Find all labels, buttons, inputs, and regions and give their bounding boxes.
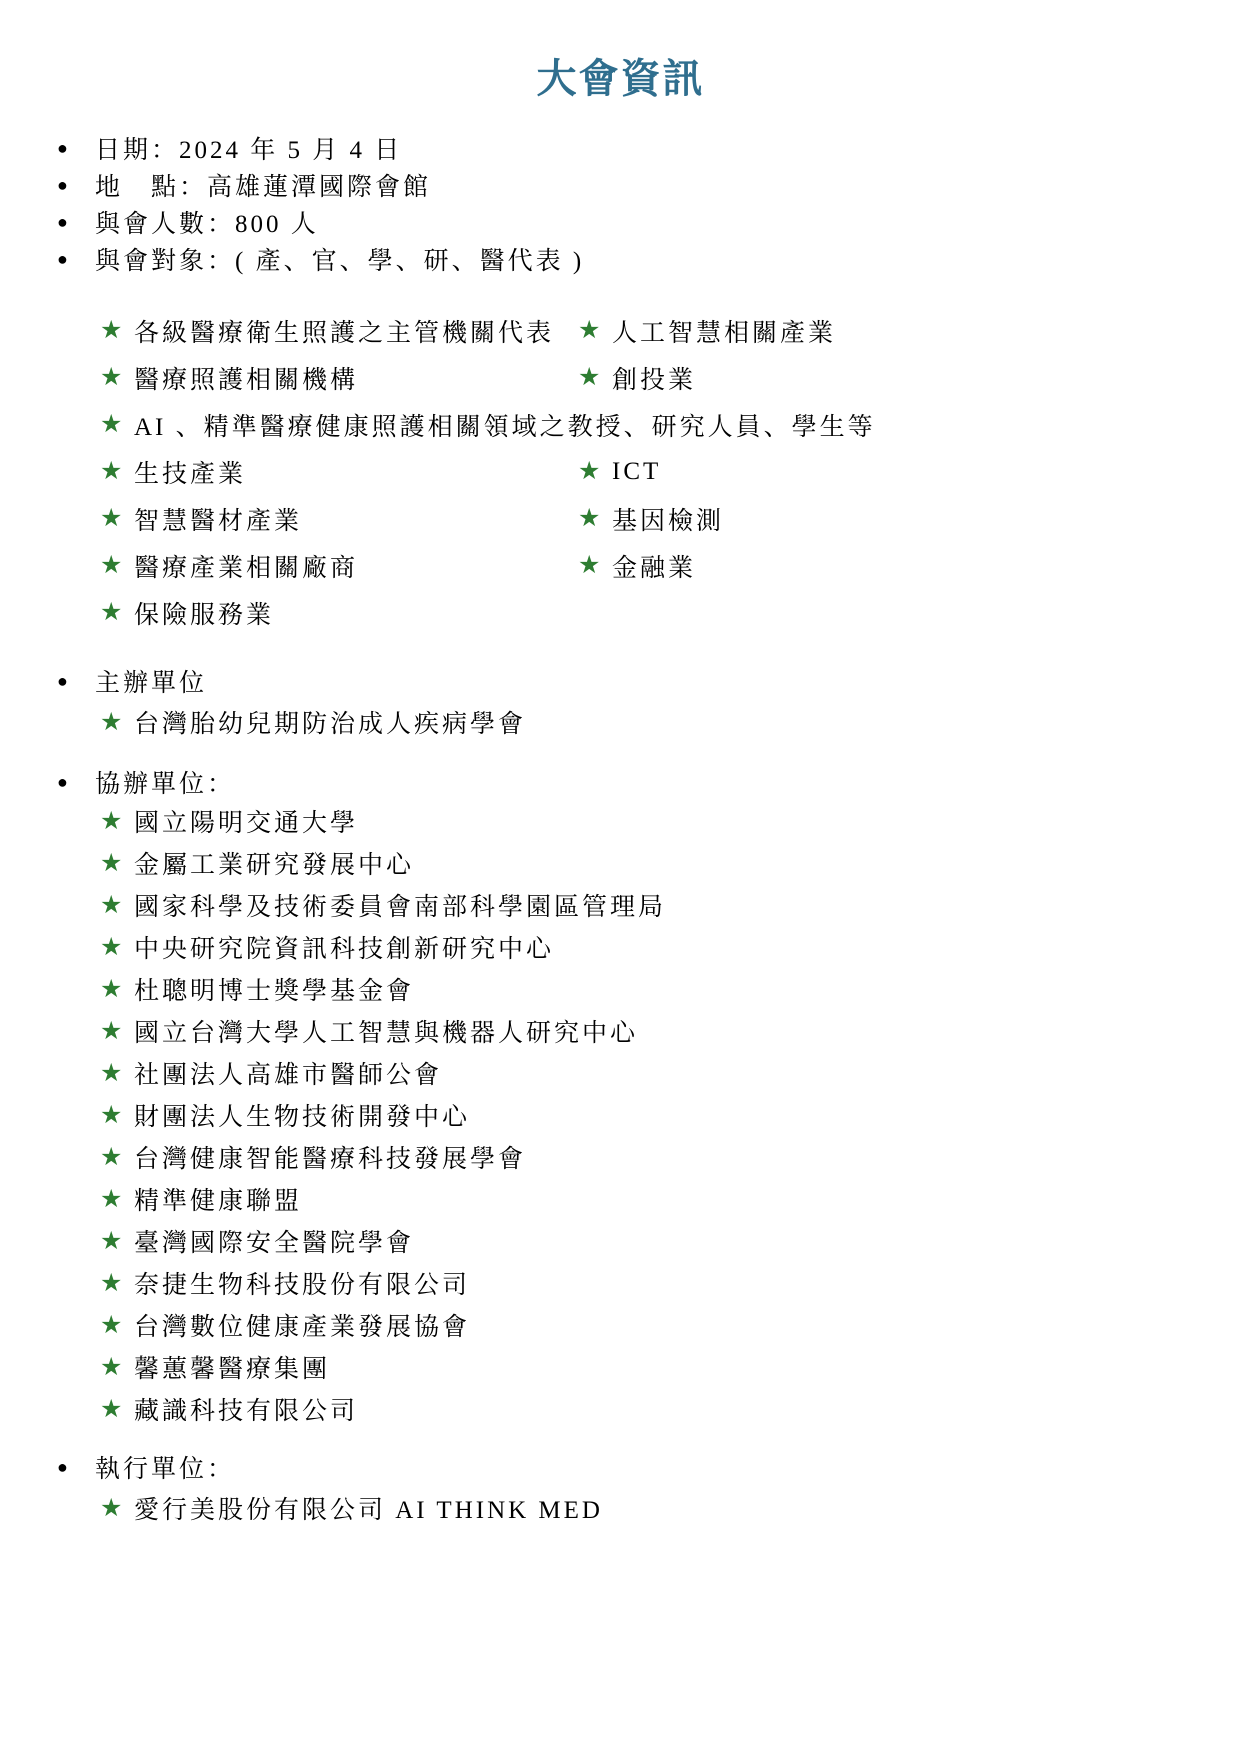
star-icon: ★ <box>100 935 134 960</box>
star-icon: ★ <box>100 893 134 918</box>
organizer-heading: ● 主辦單位 <box>0 662 1241 699</box>
attendee-row: ★ AI 、精準醫療健康照護相關領域之教授、研究人員、學生等 <box>0 401 1241 448</box>
info-date-text: 日期：2024 年 5 月 4 日 <box>95 130 402 166</box>
star-icon: ★ <box>100 318 134 343</box>
coorganizer-item: ★ 台灣數位健康產業發展協會 <box>0 1304 1241 1346</box>
star-icon: ★ <box>100 459 134 484</box>
attendee-row: ★ 生技產業 ★ ICT <box>0 448 1241 495</box>
conference-info-document: 大會資訊 ● 日期：2024 年 5 月 4 日 ● 地 點：高雄蓮潭國際會館 … <box>0 0 1241 1755</box>
attendee-item: ★ 創投業 <box>578 360 1241 396</box>
attendee-item: ★ 基因檢測 <box>578 501 1241 537</box>
attendee-row: ★ 保險服務業 <box>0 589 1241 636</box>
star-icon: ★ <box>100 506 134 531</box>
coorganizer-item: ★ 國家科學及技術委員會南部科學園區管理局 <box>0 884 1241 926</box>
star-icon: ★ <box>100 1271 134 1296</box>
star-icon: ★ <box>100 1187 134 1212</box>
attendee-row: ★ 智慧醫材產業 ★ 基因檢測 <box>0 495 1241 542</box>
info-attendee-target-text: 與會對象：( 產、官、學、研、醫代表 ) <box>95 241 584 277</box>
organizer-heading-text: 主辦單位 <box>95 663 207 699</box>
star-icon: ★ <box>100 809 134 834</box>
star-icon: ★ <box>100 1229 134 1254</box>
coorganizer-item: ★ 中央研究院資訊科技創新研究中心 <box>0 926 1241 968</box>
coorganizer-item: ★ 台灣健康智能醫療科技發展學會 <box>0 1136 1241 1178</box>
info-location: ● 地 點：高雄蓮潭國際會館 <box>0 166 1241 203</box>
star-icon: ★ <box>578 318 612 343</box>
coorganizer-item: ★ 馨蕙馨醫療集團 <box>0 1346 1241 1388</box>
info-date: ● 日期：2024 年 5 月 4 日 <box>0 129 1241 166</box>
coorganizer-heading: ● 協辦單位： <box>0 763 1241 800</box>
executor-heading: ● 執行單位： <box>0 1448 1241 1485</box>
attendee-item: ★ ICT <box>578 458 1241 486</box>
star-icon: ★ <box>100 1103 134 1128</box>
executor-item: ★ 愛行美股份有限公司 AI THINK MED <box>0 1485 1241 1531</box>
star-icon: ★ <box>100 1355 134 1380</box>
attendee-item: ★ 生技產業 <box>100 454 578 490</box>
star-icon: ★ <box>100 710 134 735</box>
star-icon: ★ <box>100 1145 134 1170</box>
coorganizer-heading-text: 協辦單位： <box>95 764 235 800</box>
star-icon: ★ <box>100 1313 134 1338</box>
star-icon: ★ <box>100 1397 134 1422</box>
bullet-icon: ● <box>57 250 95 268</box>
coorganizer-item: ★ 國立台灣大學人工智慧與機器人研究中心 <box>0 1010 1241 1052</box>
attendee-row: ★ 醫療產業相關廠商 ★ 金融業 <box>0 542 1241 589</box>
star-icon: ★ <box>100 365 134 390</box>
attendee-item: ★ 金融業 <box>578 548 1241 584</box>
organizer-item: ★ 台灣胎幼兒期防治成人疾病學會 <box>0 699 1241 745</box>
page-title: 大會資訊 <box>0 55 1241 103</box>
info-attendee-count-text: 與會人數：800 人 <box>95 204 319 240</box>
bullet-icon: ● <box>57 672 95 690</box>
attendee-item: ★ 各級醫療衛生照護之主管機關代表 <box>100 313 578 349</box>
coorganizer-item: ★ 金屬工業研究發展中心 <box>0 842 1241 884</box>
bullet-icon: ● <box>57 176 95 194</box>
info-block: ● 日期：2024 年 5 月 4 日 ● 地 點：高雄蓮潭國際會館 ● 與會人… <box>0 129 1241 277</box>
coorganizer-item: ★ 杜聰明博士獎學基金會 <box>0 968 1241 1010</box>
info-location-text: 地 點：高雄蓮潭國際會館 <box>95 167 431 203</box>
star-icon: ★ <box>100 977 134 1002</box>
coorganizer-item: ★ 精準健康聯盟 <box>0 1178 1241 1220</box>
coorganizer-item: ★ 社團法人高雄市醫師公會 <box>0 1052 1241 1094</box>
attendee-item: ★ 醫療產業相關廠商 <box>100 548 578 584</box>
bullet-icon: ● <box>57 1458 95 1476</box>
attendee-grid: ★ 各級醫療衛生照護之主管機關代表 ★ 人工智慧相關產業 ★ 醫療照護相關機構 … <box>0 307 1241 636</box>
attendee-item: ★ AI 、精準醫療健康照護相關領域之教授、研究人員、學生等 <box>100 407 876 443</box>
bullet-icon: ● <box>57 213 95 231</box>
attendee-item: ★ 人工智慧相關產業 <box>578 313 1241 349</box>
bullet-icon: ● <box>57 773 95 791</box>
star-icon: ★ <box>578 459 612 484</box>
star-icon: ★ <box>100 1496 134 1521</box>
star-icon: ★ <box>100 851 134 876</box>
star-icon: ★ <box>100 412 134 437</box>
coorganizer-item: ★ 財團法人生物技術開發中心 <box>0 1094 1241 1136</box>
coorganizer-item: ★ 奈捷生物科技股份有限公司 <box>0 1262 1241 1304</box>
bullet-icon: ● <box>57 139 95 157</box>
coorganizer-item: ★ 藏識科技有限公司 <box>0 1388 1241 1430</box>
coorganizer-item: ★ 臺灣國際安全醫院學會 <box>0 1220 1241 1262</box>
star-icon: ★ <box>100 553 134 578</box>
info-attendee-count: ● 與會人數：800 人 <box>0 203 1241 240</box>
coorganizer-item: ★ 國立陽明交通大學 <box>0 800 1241 842</box>
star-icon: ★ <box>100 600 134 625</box>
attendee-item: ★ 保險服務業 <box>100 595 578 631</box>
info-attendee-target: ● 與會對象：( 產、官、學、研、醫代表 ) <box>0 240 1241 277</box>
star-icon: ★ <box>100 1019 134 1044</box>
star-icon: ★ <box>100 1061 134 1086</box>
attendee-row: ★ 醫療照護相關機構 ★ 創投業 <box>0 354 1241 401</box>
star-icon: ★ <box>578 365 612 390</box>
star-icon: ★ <box>578 506 612 531</box>
star-icon: ★ <box>578 553 612 578</box>
executor-heading-text: 執行單位： <box>95 1449 235 1485</box>
attendee-item: ★ 醫療照護相關機構 <box>100 360 578 396</box>
attendee-item: ★ 智慧醫材產業 <box>100 501 578 537</box>
attendee-row: ★ 各級醫療衛生照護之主管機關代表 ★ 人工智慧相關產業 <box>0 307 1241 354</box>
